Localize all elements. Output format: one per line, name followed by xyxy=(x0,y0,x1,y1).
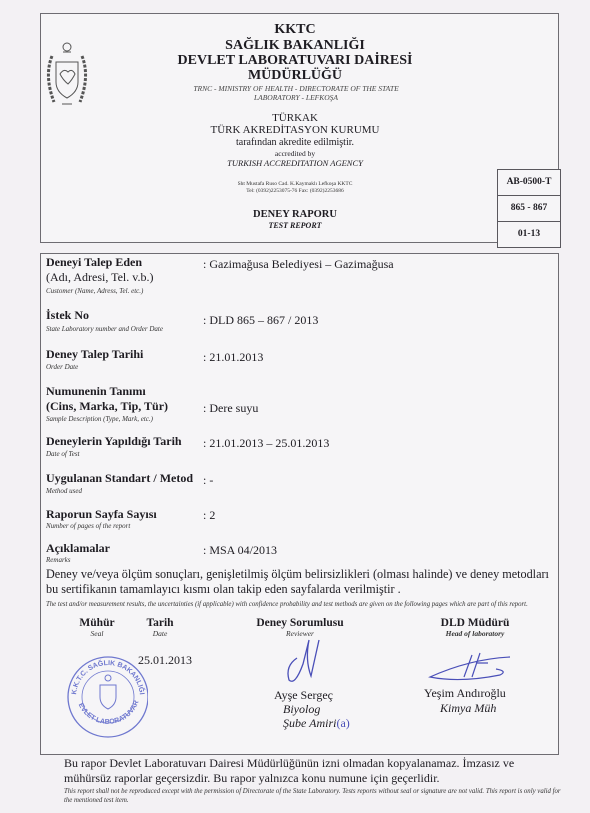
date-sub: Date xyxy=(130,629,190,638)
seal-sub: Seal xyxy=(62,629,132,638)
field-value-order-date: : 21.01.2013 xyxy=(203,351,263,364)
reviewer-sub: Reviewer xyxy=(245,629,355,638)
field-label-order-date: Deney Talep Tarihi xyxy=(46,348,143,361)
head-name: Yeşim Andıroğlu xyxy=(424,687,506,700)
svg-text:K.K.T.C. SAĞLIK BAKANLIĞI: K.K.T.C. SAĞLIK BAKANLIĞI xyxy=(71,658,147,695)
accreditor-en: TURKISH ACCREDITATION AGENCY xyxy=(160,158,430,168)
date-label: Tarih xyxy=(130,617,190,629)
reviewer-title2: Şube Amiri(a) xyxy=(283,717,350,730)
accreditor-full: TÜRK AKREDİTASYON KURUMU xyxy=(140,124,450,136)
head-title: Kimya Müh xyxy=(440,702,496,715)
results-statement-en: The test and/or measurement results, the… xyxy=(46,600,556,609)
request-range-code: 865 - 867 xyxy=(498,196,560,222)
reviewer-name: Ayşe Sergeç xyxy=(274,689,333,702)
directorate-title: MÜDÜRLÜĞÜ xyxy=(160,68,430,83)
field-label2-sample: (Cins, Marka, Tip, Tür) xyxy=(46,400,168,413)
reviewer-signature-icon xyxy=(275,638,335,688)
field-value-request-no: : DLD 865 – 867 / 2013 xyxy=(203,314,318,327)
reviewer-title2-text: Şube Amiri xyxy=(283,716,336,730)
field-value-test-date: : 21.01.2013 – 25.01.2013 xyxy=(203,437,329,450)
field-sub-customer: Customer (Name, Adress, Tel. etc.) xyxy=(46,287,143,296)
seal-label: Mühür xyxy=(62,617,132,629)
field-label-test-date: Deneylerin Yapıldığı Tarih xyxy=(46,435,182,448)
department-title: DEVLET LABORATUVARI DAİRESİ xyxy=(150,53,440,68)
field-sub-method: Method used xyxy=(46,487,82,496)
field-sub-pages: Number of pages of the report xyxy=(46,522,130,531)
reviewer-column: Deney Sorumlusu Reviewer xyxy=(245,617,355,638)
country-title: KKTC xyxy=(160,22,430,37)
field-sub-sample: Sample Description (Type, Mark, etc.) xyxy=(46,415,153,424)
address: Sht Mustafa Ruso Cad. K.Kaymaklı Lefkoşa… xyxy=(160,181,430,195)
field-label2-customer: (Adı, Adresi, Tel. v.b.) xyxy=(46,271,153,284)
report-title: DENEY RAPORU xyxy=(160,209,430,221)
coat-of-arms-emblem-icon xyxy=(44,38,90,110)
report-title-en: TEST REPORT xyxy=(160,221,430,231)
official-stamp-icon: K.K.T.C. SAĞLIK BAKANLIĞI DEVLET LABORAT… xyxy=(66,645,148,745)
english-name-line1: TRNC - MINISTRY OF HEALTH - DIRECTORATE … xyxy=(160,84,432,93)
head-column: DLD Müdürü Head of laboratory xyxy=(420,617,530,638)
head-sub: Head of laboratory xyxy=(420,629,530,638)
address-line1: Sht Mustafa Ruso Cad. K.Kaymaklı Lefkoşa… xyxy=(160,181,430,188)
reviewer-handwritten-note: (a) xyxy=(336,716,349,730)
footer-notice-en: This report shall not be reproduced exce… xyxy=(64,787,564,805)
report-codes: AB-0500-T 865 - 867 01-13 xyxy=(497,169,561,248)
footer-notice: Bu rapor Devlet Laboratuvarı Dairesi Müd… xyxy=(64,756,564,786)
field-value-remarks: : MSA 04/2013 xyxy=(203,544,277,557)
field-value-method: : - xyxy=(203,474,213,487)
seal-column: Mühür Seal xyxy=(62,617,132,638)
head-signature-icon xyxy=(420,651,520,685)
field-sub-request-no: State Laboratory number and Order Date xyxy=(46,325,163,334)
period-code: 01-13 xyxy=(498,222,560,247)
accredited-by: accredited by xyxy=(160,149,430,158)
field-label-method: Uygulanan Standart / Metod xyxy=(46,472,193,485)
field-label-pages: Raporun Sayfa Sayısı xyxy=(46,508,157,521)
accreditor: TÜRKAK xyxy=(160,112,430,124)
field-value-customer: : Gazimağusa Belediyesi – Gazimağusa xyxy=(203,258,394,271)
field-label-remarks: Açıklamalar xyxy=(46,542,110,555)
reviewer-title1: Biyolog xyxy=(283,703,320,716)
english-name: TRNC - MINISTRY OF HEALTH - DIRECTORATE … xyxy=(160,84,432,102)
accredited-tr: tarafından akredite edilmiştir. xyxy=(160,137,430,148)
field-value-pages: : 2 xyxy=(203,509,215,522)
field-value-sample: : Dere suyu xyxy=(203,402,258,415)
field-sub-test-date: Date of Test xyxy=(46,450,80,459)
field-label-customer: Deneyi Talep Eden xyxy=(46,256,142,269)
date-column: Tarih Date xyxy=(130,617,190,638)
field-label-sample: Numunenin Tanımı xyxy=(46,385,146,398)
accreditation-code: AB-0500-T xyxy=(498,170,560,196)
address-line2: Tel: (0392)2253075-76 Fax: (0392)2253686 xyxy=(160,188,430,195)
reviewer-label: Deney Sorumlusu xyxy=(245,617,355,629)
field-sub-order-date: Order Date xyxy=(46,363,78,372)
ministry-title: SAĞLIK BAKANLIĞI xyxy=(160,38,430,53)
field-label-request-no: İstek No xyxy=(46,309,89,322)
results-statement: Deney ve/veya ölçüm sonuçları, genişleti… xyxy=(46,567,556,597)
head-label: DLD Müdürü xyxy=(420,617,530,629)
field-sub-remarks: Remarks xyxy=(46,556,71,565)
english-name-line2: LABORATORY - LEFKOŞA xyxy=(160,93,432,102)
